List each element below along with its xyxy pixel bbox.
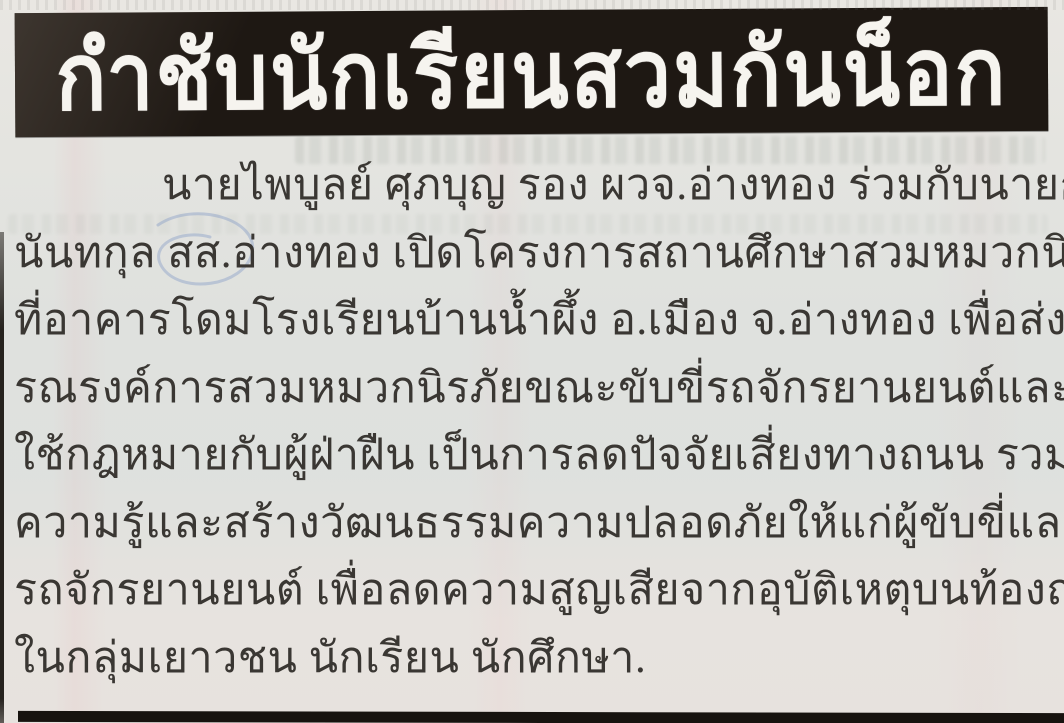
article-line: ใช้กฎหมายกับผู้ฝ่าฝืน เป็นการลดปัจจัยเสี… — [14, 422, 1054, 490]
column-rule-left — [0, 232, 4, 723]
article-body: นายไพบูลย์ ศุภบุญ รอง ผวจ.อ่างทอง ร่วมกั… — [14, 152, 1054, 692]
article-line: นายไพบูลย์ ศุภบุญ รอง ผวจ.อ่างทอง ร่วมกั… — [14, 152, 1054, 220]
headline-banner: กำชับนักเรียนสวมกันน็อก — [15, 7, 1049, 137]
scan-noise-top — [0, 0, 1064, 10]
article-line: นันทกุล สส.อ่างทอง เปิดโครงการสถานศึกษาส… — [14, 220, 1054, 288]
article-line: รถจักรยานยนต์ เพื่อลดความสูญเสียจากอุบัต… — [14, 557, 1054, 625]
newspaper-clipping: กำชับนักเรียนสวมกันน็อก นายไพบูลย์ ศุภบุ… — [0, 0, 1064, 723]
article-line: ที่อาคารโดมโรงเรียนบ้านน้ำผึ้ง อ.เมือง จ… — [14, 287, 1054, 355]
article-line: รณรงค์การสวมหมวกนิรภัยขณะขับขี่รถจักรยาน… — [14, 355, 1054, 423]
article-line: ความรู้และสร้างวัฒนธรรมความปลอดภัยให้แก่… — [14, 490, 1054, 558]
article-line: ในกลุ่มเยาวชน นักเรียน นักศึกษา. — [14, 625, 1054, 693]
next-headline-edge — [18, 711, 1064, 723]
headline-text: กำชับนักเรียนสวมกันน็อก — [55, 27, 1007, 127]
